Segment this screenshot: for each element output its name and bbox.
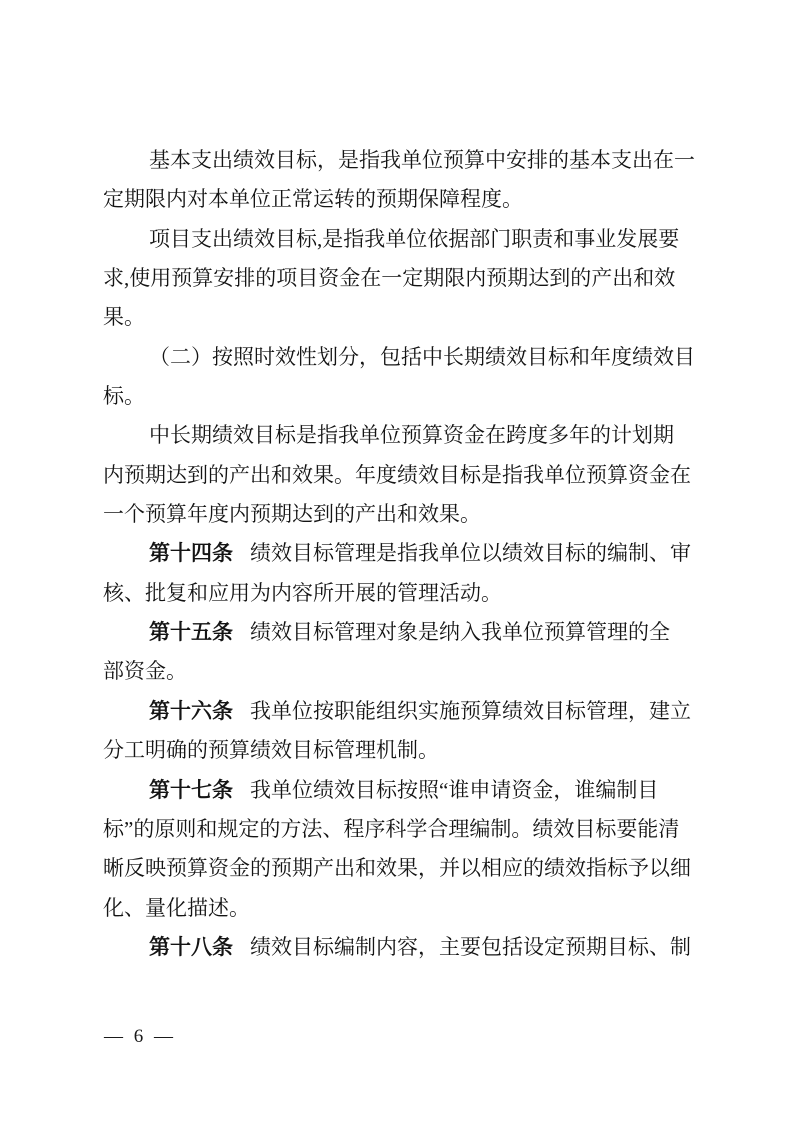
- line-text: 果。: [103, 305, 145, 329]
- text-line: 化、量化描述。: [103, 889, 693, 928]
- line-text: 化、量化描述。: [103, 896, 250, 920]
- text-line: 分工明确的预算绩效目标管理机制。: [103, 731, 693, 770]
- line-text: 绩效目标管理对象是纳入我单位预算管理的全: [250, 620, 670, 644]
- text-line: 定期限内对本单位正常运转的预期保障程度。: [103, 180, 693, 219]
- document-text-block: 基本支出绩效目标，是指我单位预算中安排的基本支出在一定期限内对本单位正常运转的预…: [103, 141, 693, 967]
- line-text: 标。: [103, 384, 145, 408]
- line-text: 内预期达到的产出和效果。年度绩效目标是指我单位预算资金在: [103, 463, 691, 487]
- text-line: 中长期绩效目标是指我单位预算资金在跨度多年的计划期: [103, 416, 693, 455]
- text-line: 第十四条绩效目标管理是指我单位以绩效目标的编制、审: [103, 534, 693, 573]
- line-text: 标”的原则和规定的方法、程序科学合理编制。绩效目标要能清: [103, 817, 679, 841]
- text-line: 标”的原则和规定的方法、程序科学合理编制。绩效目标要能清: [103, 810, 693, 849]
- text-line: 第十八条绩效目标编制内容，主要包括设定预期目标、制: [103, 928, 693, 967]
- line-text: （二）按照时效性划分，包括中长期绩效目标和年度绩效目: [149, 345, 695, 369]
- line-text: 核、批复和应用为内容所开展的管理活动。: [103, 581, 502, 605]
- article-number: 第十四条: [149, 542, 233, 565]
- article-number: 第十五条: [149, 621, 233, 644]
- line-text: 定期限内对本单位正常运转的预期保障程度。: [103, 187, 523, 211]
- line-text: 我单位按职能组织实施预算绩效目标管理，建立: [250, 699, 691, 723]
- line-text: 分工明确的预算绩效目标管理机制。: [103, 738, 439, 762]
- line-text: 绩效目标管理是指我单位以绩效目标的编制、审: [250, 541, 691, 565]
- article-number: 第十七条: [149, 779, 233, 802]
- text-line: 第十五条绩效目标管理对象是纳入我单位预算管理的全: [103, 613, 693, 652]
- line-text: 一个预算年度内预期达到的产出和效果。: [103, 502, 481, 526]
- text-line: 求,使用预算安排的项目资金在一定期限内预期达到的产出和效: [103, 259, 693, 298]
- text-line: 内预期达到的产出和效果。年度绩效目标是指我单位预算资金在: [103, 456, 693, 495]
- text-line: 果。: [103, 298, 693, 337]
- text-line: 第十七条我单位绩效目标按照“谁申请资金，谁编制目: [103, 771, 693, 810]
- text-line: 标。: [103, 377, 693, 416]
- line-text: 求,使用预算安排的项目资金在一定期限内预期达到的产出和效: [103, 266, 675, 290]
- line-text: 项目支出绩效目标,是指我单位依据部门职责和事业发展要: [149, 227, 679, 251]
- document-page: 基本支出绩效目标，是指我单位预算中安排的基本支出在一定期限内对本单位正常运转的预…: [0, 0, 793, 1122]
- line-text: 我单位绩效目标按照“谁申请资金，谁编制目: [250, 778, 658, 802]
- text-line: 部资金。: [103, 652, 693, 691]
- article-number: 第十八条: [149, 936, 233, 959]
- text-line: 晰反映预算资金的预期产出和效果，并以相应的绩效指标予以细: [103, 849, 693, 888]
- text-line: 第十六条我单位按职能组织实施预算绩效目标管理，建立: [103, 692, 693, 731]
- text-line: 核、批复和应用为内容所开展的管理活动。: [103, 574, 693, 613]
- text-line: 项目支出绩效目标,是指我单位依据部门职责和事业发展要: [103, 220, 693, 259]
- line-text: 中长期绩效目标是指我单位预算资金在跨度多年的计划期: [149, 423, 674, 447]
- text-line: 一个预算年度内预期达到的产出和效果。: [103, 495, 693, 534]
- line-text: 部资金。: [103, 659, 187, 683]
- line-text: 基本支出绩效目标，是指我单位预算中安排的基本支出在一: [149, 148, 695, 172]
- page-number: — 6 —: [104, 1026, 176, 1048]
- article-number: 第十六条: [149, 700, 233, 723]
- line-text: 绩效目标编制内容，主要包括设定预期目标、制: [250, 935, 691, 959]
- text-line: 基本支出绩效目标，是指我单位预算中安排的基本支出在一: [103, 141, 693, 180]
- line-text: 晰反映预算资金的预期产出和效果，并以相应的绩效指标予以细: [103, 856, 691, 880]
- text-line: （二）按照时效性划分，包括中长期绩效目标和年度绩效目: [103, 338, 693, 377]
